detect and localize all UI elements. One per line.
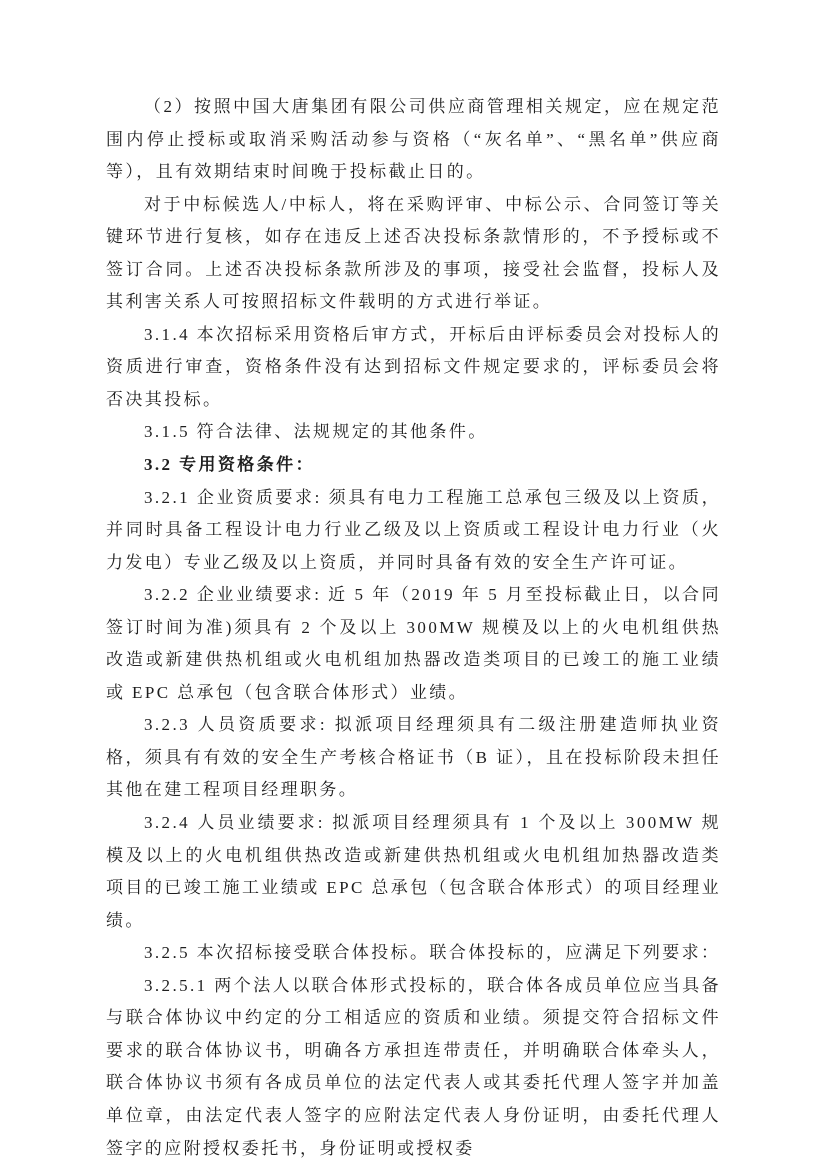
paragraph-clause-3-1-4: 3.1.4 本次招标采用资格后审方式，开标后由评标委员会对投标人的资质进行审查，…: [106, 319, 721, 417]
paragraph-clause-3-2-5-1: 3.2.5.1 两个法人以联合体形式投标的，联合体各成员单位应当具备与联合体协议…: [106, 970, 721, 1165]
section-heading-3-2: 3.2 专用资格条件：: [106, 449, 721, 482]
paragraph-clause-2-supplier-management: （2）按照中国大唐集团有限公司供应商管理相关规定，应在规定范围内停止授标或取消采…: [106, 91, 721, 189]
document-page: （2）按照中国大唐集团有限公司供应商管理相关规定，应在规定范围内停止授标或取消采…: [0, 0, 827, 1169]
paragraph-clause-3-2-4: 3.2.4 人员业绩要求: 拟派项目经理须具有 1 个及以上 300MW 规模及…: [106, 807, 721, 937]
paragraph-clause-3-2-1: 3.2.1 企业资质要求: 须具有电力工程施工总承包三级及以上资质，并同时具备工…: [106, 482, 721, 580]
paragraph-clause-winner-review: 对于中标候选人/中标人，将在采购评审、中标公示、合同签订等关键环节进行复核，如存…: [106, 189, 721, 319]
paragraph-clause-3-2-2: 3.2.2 企业业绩要求: 近 5 年（2019 年 5 月至投标截止日，以合同…: [106, 579, 721, 709]
paragraph-clause-3-1-5: 3.1.5 符合法律、法规规定的其他条件。: [106, 416, 721, 449]
document-body: （2）按照中国大唐集团有限公司供应商管理相关规定，应在规定范围内停止授标或取消采…: [106, 91, 721, 1165]
paragraph-clause-3-2-3: 3.2.3 人员资质要求: 拟派项目经理须具有二级注册建造师执业资格，须具有有效…: [106, 709, 721, 807]
paragraph-clause-3-2-5: 3.2.5 本次招标接受联合体投标。联合体投标的，应满足下列要求：: [106, 937, 721, 970]
